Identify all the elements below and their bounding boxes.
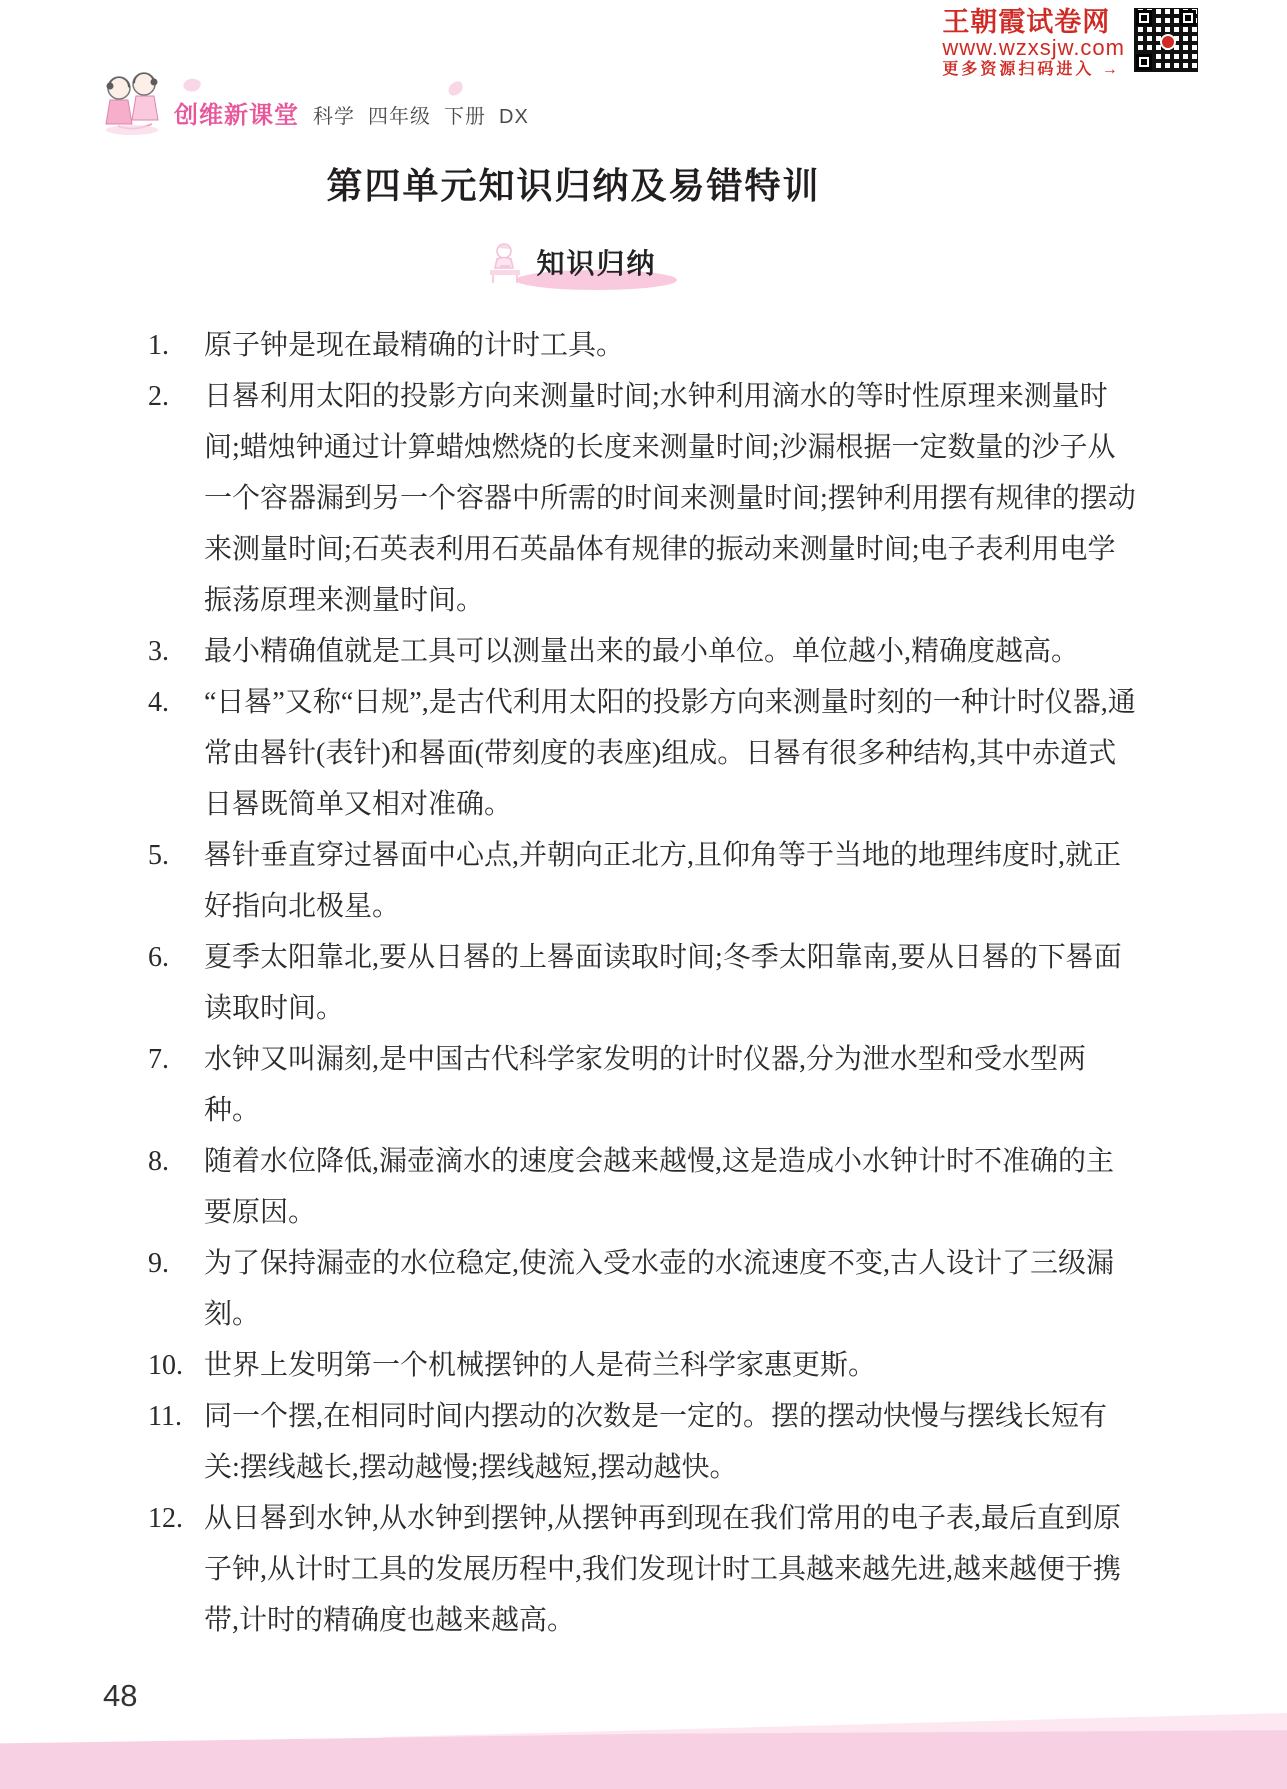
item-number: 7. (148, 1034, 204, 1085)
book-edition: DX (499, 106, 529, 128)
item-number: 10. (148, 1340, 204, 1391)
list-item: 3.最小精确值就是工具可以测量出来的最小单位。单位越小,精确度越高。 (148, 626, 1138, 677)
item-text: 最小精确值就是工具可以测量出来的最小单位。单位越小,精确度越高。 (204, 636, 1079, 667)
footer-band-main (0, 1729, 1287, 1789)
list-item: 7.水钟又叫漏刻,是中国古代科学家发明的计时仪器,分为泄水型和受水型两种。 (148, 1034, 1138, 1136)
book-grade: 四年级 (368, 106, 431, 128)
qr-finder-icon (1136, 54, 1152, 70)
item-number: 11. (148, 1391, 204, 1442)
item-text: “日晷”又称“日规”,是古代利用太阳的投影方向来测量时刻的一种计时仪器,通常由晷… (204, 687, 1136, 820)
item-number: 5. (148, 830, 204, 881)
item-text: 原子钟是现在最精确的计时工具。 (204, 330, 624, 361)
publisher-badge: 王朝霞试卷网 www.wzxsjw.com 更多资源扫码进入 → (942, 8, 1198, 80)
qr-emblem-icon (1160, 34, 1176, 50)
section-label: 知识归纳 (536, 242, 656, 282)
item-text: 日晷利用太阳的投影方向来测量时间;水钟利用滴水的等时性原理来测量时间;蜡烛钟通过… (204, 381, 1136, 616)
series-brand: 创维新课堂 (174, 95, 299, 130)
book-header: 创维新课堂 科学四年级下册DX (98, 66, 542, 138)
publisher-name: 王朝霞试卷网 (942, 8, 1110, 36)
workbook-page: 王朝霞试卷网 www.wzxsjw.com 更多资源扫码进入 → 创维新课 (0, 0, 1287, 1789)
list-item: 11.同一个摆,在相同时间内摆动的次数是一定的。摆的摆动快慢与摆线长短有关:摆线… (148, 1391, 1138, 1493)
item-text: 为了保持漏壶的水位稳定,使流入受水壶的水流速度不变,古人设计了三级漏刻。 (204, 1248, 1114, 1330)
item-text: 夏季太阳靠北,要从日晷的上晷面读取时间;冬季太阳靠南,要从日晷的下晷面读取时间。 (204, 942, 1122, 1024)
list-item: 6.夏季太阳靠北,要从日晷的上晷面读取时间;冬季太阳靠南,要从日晷的下晷面读取时… (148, 932, 1138, 1034)
qr-finder-icon (1180, 10, 1196, 26)
item-number: 2. (148, 371, 204, 422)
item-number: 6. (148, 932, 204, 983)
item-text: 从日晷到水钟,从水钟到摆钟,从摆钟再到现在我们常用的电子表,最后直到原子钟,从计… (204, 1503, 1121, 1636)
list-item: 4.“日晷”又称“日规”,是古代利用太阳的投影方向来测量时刻的一种计时仪器,通常… (148, 677, 1138, 830)
qr-finder-icon (1136, 10, 1152, 26)
kids-illustration (98, 66, 168, 138)
book-meta: 科学四年级下册DX (313, 100, 542, 129)
list-item: 5.晷针垂直穿过晷面中心点,并朝向正北方,且仰角等于当地的地理纬度时,就正好指向… (148, 830, 1138, 932)
item-text: 随着水位降低,漏壶滴水的速度会越来越慢,这是造成小水钟计时不准确的主要原因。 (204, 1146, 1114, 1228)
knowledge-point-list: 1.原子钟是现在最精确的计时工具。 2.日晷利用太阳的投影方向来测量时间;水钟利… (148, 320, 1138, 1646)
publisher-text-block: 王朝霞试卷网 www.wzxsjw.com 更多资源扫码进入 → (942, 8, 1125, 80)
page-title: 第四单元知识归纳及易错特训 (0, 158, 1147, 209)
item-number: 12. (148, 1493, 204, 1544)
item-number: 1. (148, 320, 204, 371)
item-number: 3. (148, 626, 204, 677)
item-text: 水钟又叫漏刻,是中国古代科学家发明的计时仪器,分为泄水型和受水型两种。 (204, 1044, 1086, 1126)
item-text: 同一个摆,在相同时间内摆动的次数是一定的。摆的摆动快慢与摆线长短有关:摆线越长,… (204, 1401, 1107, 1483)
list-item: 8.随着水位降低,漏壶滴水的速度会越来越慢,这是造成小水钟计时不准确的主要原因。 (148, 1136, 1138, 1238)
list-item: 12.从日晷到水钟,从水钟到摆钟,从摆钟再到现在我们常用的电子表,最后直到原子钟… (148, 1493, 1138, 1646)
section-label-wrap: 知识归纳 (530, 242, 662, 286)
item-text: 晷针垂直穿过晷面中心点,并朝向正北方,且仰角等于当地的地理纬度时,就正好指向北极… (204, 840, 1121, 922)
page-number: 48 (103, 1678, 137, 1714)
item-number: 4. (148, 677, 204, 728)
publisher-url: www.wzxsjw.com (942, 36, 1125, 60)
item-number: 9. (148, 1238, 204, 1289)
item-text: 世界上发明第一个机械摆钟的人是荷兰科学家惠更斯。 (204, 1350, 876, 1381)
list-item: 9.为了保持漏壶的水位稳定,使流入受水壶的水流速度不变,古人设计了三级漏刻。 (148, 1238, 1138, 1340)
book-volume: 下册 (444, 106, 486, 128)
item-number: 8. (148, 1136, 204, 1187)
qr-code (1134, 8, 1198, 72)
list-item: 2.日晷利用太阳的投影方向来测量时间;水钟利用滴水的等时性原理来测量时间;蜡烛钟… (148, 371, 1138, 626)
list-item: 10.世界上发明第一个机械摆钟的人是荷兰科学家惠更斯。 (148, 1340, 1138, 1391)
section-badge: 知识归纳 (0, 240, 1147, 286)
book-subject: 科学 (313, 106, 355, 128)
list-item: 1.原子钟是现在最精确的计时工具。 (148, 320, 1138, 371)
publisher-cta: 更多资源扫码进入 → (942, 60, 1120, 80)
